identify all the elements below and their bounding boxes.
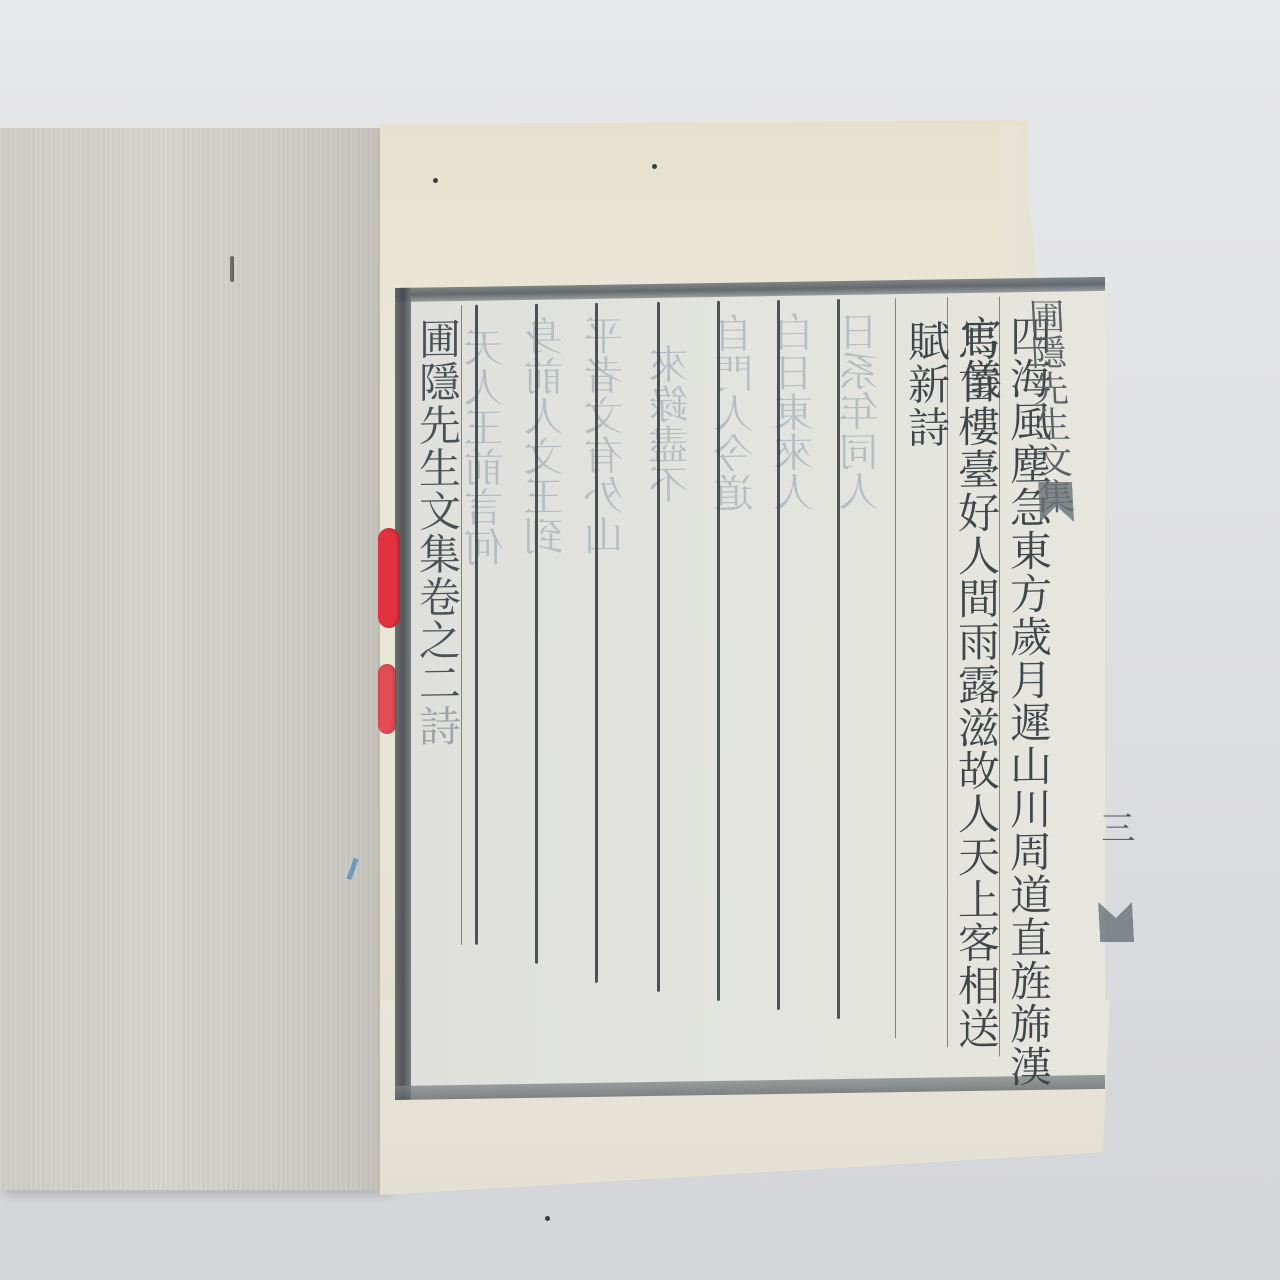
column-rule: [837, 299, 840, 1019]
column-rule: [657, 302, 660, 992]
column-rule: [535, 304, 538, 964]
ghost-text-column: 自門人今道: [715, 312, 759, 513]
section-marker: 詩: [413, 704, 462, 748]
blue-fiber-fleck: [346, 858, 358, 880]
column-rule: [717, 301, 720, 1001]
printed-frame: 天人王前言何 身前人文王到 平者文有外山 來錄盡不 自門人今道 白日東來人 日系…: [395, 277, 1105, 1100]
ghost-text-column: 白日東來人: [775, 311, 819, 512]
paper-speck: [433, 178, 438, 183]
column-rule: [595, 303, 598, 983]
book-title-column: 圃隱先生文集卷之二詩: [411, 317, 463, 748]
paper-speck: [545, 1216, 550, 1221]
red-binding-thread-lower: [378, 664, 396, 734]
book-title-text: 圃隱先生文集卷之二: [413, 317, 462, 705]
left-blank-page: [0, 128, 388, 1190]
text-line-2: 馬首樓臺好人間雨露滋故人天上客相送賦新詩: [901, 318, 1001, 1092]
paper-speck: [652, 164, 657, 169]
column-rule: [895, 298, 896, 1038]
column-rule: [777, 300, 780, 1010]
column-rule: [475, 305, 478, 945]
page-number: 三: [1089, 810, 1140, 844]
red-binding-thread-upper: [378, 528, 400, 628]
banxin-header: 圃隱先生文集: [1022, 298, 1073, 514]
ink-stain: [230, 256, 234, 282]
ghost-text-column: 身前人文王到: [525, 315, 569, 556]
frame-left-border: [395, 288, 411, 1100]
ghost-text-column: 日系年同人: [840, 310, 884, 511]
ghost-text-column: 天人王前言何: [465, 326, 509, 567]
ghost-text-column: 平者文有外山: [585, 314, 629, 555]
fishtail-marker-top-icon: [1038, 482, 1074, 522]
